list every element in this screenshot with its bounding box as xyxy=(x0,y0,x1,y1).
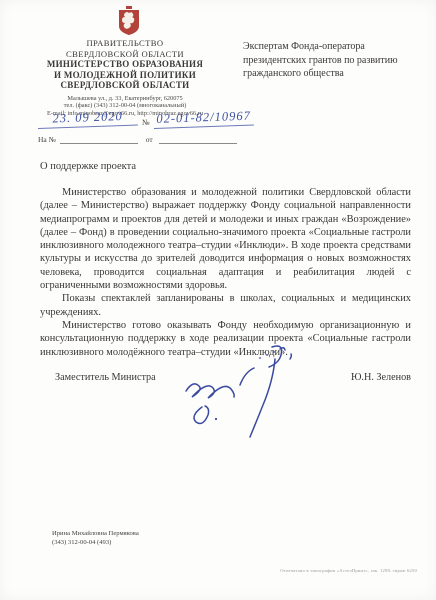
letterhead-ministry-line2: И МОЛОДЕЖНОЙ ПОЛИТИКИ xyxy=(16,70,234,81)
letterhead-government-line2: СВЕРДЛОВСКОЙ ОБЛАСТИ xyxy=(16,49,234,60)
letterhead-government-line1: ПРАВИТЕЛЬСТВО xyxy=(16,38,234,49)
subject-line: О поддержке проекта xyxy=(40,161,136,172)
recipient-line2: президентских грантов по развитию xyxy=(243,54,428,68)
signer-name: Ю.Н. Зеленов xyxy=(351,372,411,383)
letterhead-ministry-line1: МИНИСТЕРСТВО ОБРАЗОВАНИЯ xyxy=(16,59,234,70)
scanned-letter-page: ПРАВИТЕЛЬСТВО СВЕРДЛОВСКОЙ ОБЛАСТИ МИНИС… xyxy=(0,0,436,600)
executor-contact-block: Ирина Михайловна Пермякова (343) 312-00-… xyxy=(52,530,139,547)
sverdlovsk-coat-of-arms-icon xyxy=(113,6,145,36)
handwritten-outgoing-number: 02-01-82/10967 xyxy=(153,109,254,129)
recipient-block: Экспертам Фонда-оператора президентских … xyxy=(243,40,428,81)
letterhead: ПРАВИТЕЛЬСТВО СВЕРДЛОВСКОЙ ОБЛАСТИ МИНИС… xyxy=(16,38,234,117)
recipient-line3: гражданского общества xyxy=(243,67,428,81)
reference-block: 23. 09 2020 № 02-01-82/10967 На № от xyxy=(38,112,260,144)
handwritten-signature xyxy=(172,345,307,445)
reply-number-blank xyxy=(60,135,138,144)
executor-name: Ирина Михайловна Пермякова xyxy=(52,530,139,539)
reference-reply-row: На № от xyxy=(38,135,260,144)
reference-date-row: 23. 09 2020 № 02-01-82/10967 xyxy=(38,112,260,129)
body-paragraph-1: Министерство образования и молодежной по… xyxy=(40,186,411,292)
letterhead-address: Малышева ул., д. 33, Екатеринбург, 62007… xyxy=(16,95,234,103)
reply-date-blank xyxy=(159,135,237,144)
na-no-label: На № xyxy=(38,135,56,144)
signer-position: Заместитель Министра xyxy=(55,372,156,383)
letterhead-ministry-line3: СВЕРДЛОВСКОЙ ОБЛАСТИ xyxy=(16,80,234,91)
ot-label: от xyxy=(146,135,153,144)
executor-phone: (343) 312-00-04 (493) xyxy=(52,539,139,548)
handwritten-date: 23. 09 2020 xyxy=(37,109,138,129)
recipient-line1: Экспертам Фонда-оператора xyxy=(243,40,428,54)
letter-body: Министерство образования и молодежной по… xyxy=(40,186,411,359)
print-shop-note: Отпечатано в типографии «АстелПринт», за… xyxy=(280,568,417,573)
number-sign: № xyxy=(142,118,150,127)
body-paragraph-2: Показы спектаклей запланированы в школах… xyxy=(40,292,411,319)
